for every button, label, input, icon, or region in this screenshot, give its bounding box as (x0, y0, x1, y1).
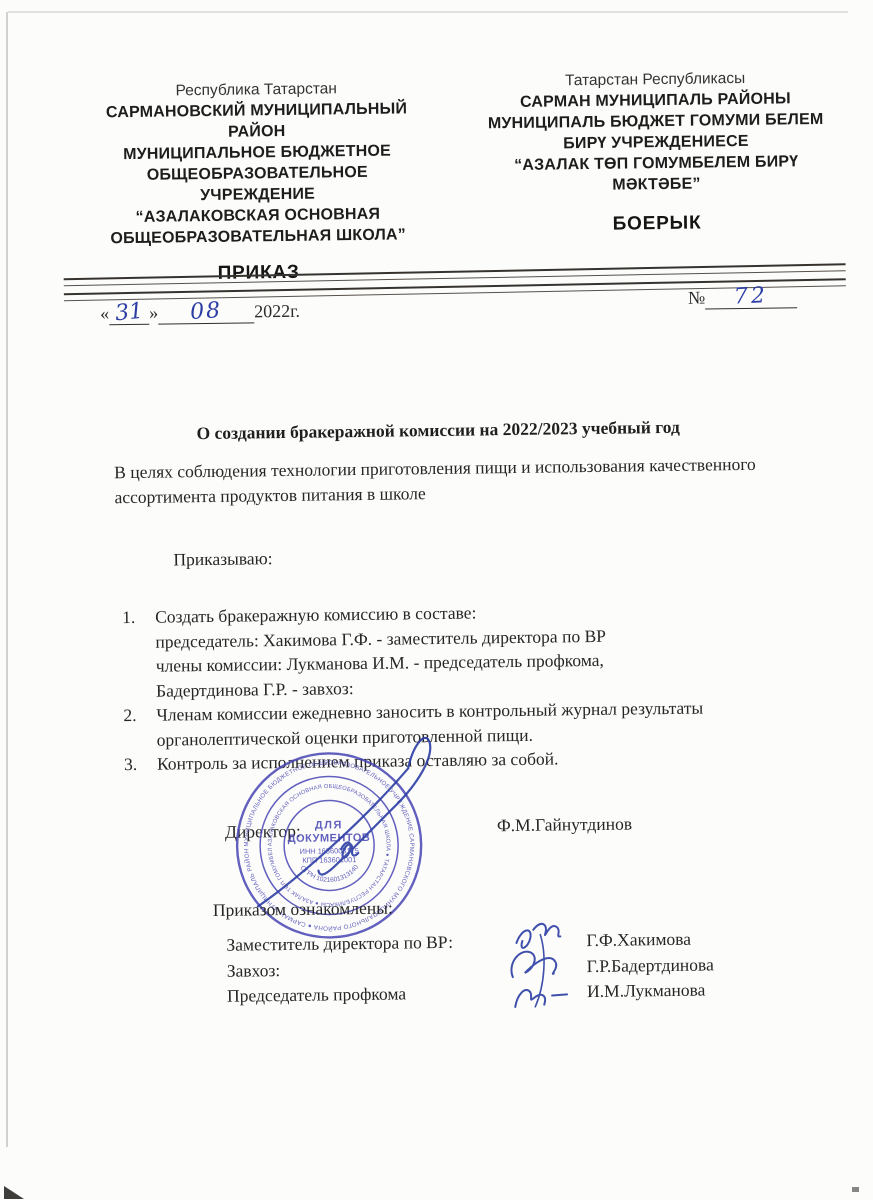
handwritten-number: 72 (734, 289, 769, 305)
item-number: 2. (123, 703, 157, 752)
signatories-signatures (502, 912, 618, 1018)
header-right-block: Татарстан Республикасы САРМАН МУНИЦИПАЛЬ… (459, 68, 853, 238)
signatories-block: Заместитель директора по ВР: Г.Ф.Хакимов… (226, 926, 714, 1009)
doc-type-boeryk: БОЕРЫК (461, 211, 853, 238)
handwritten-month: 08 (190, 304, 223, 320)
item-number: 3. (124, 752, 157, 777)
header-left-block: Республика Татарстан САРМАНОВСКИЙ МУНИЦИ… (55, 78, 460, 287)
quote-close: » (149, 303, 158, 323)
signatory-role: Завхоз: (227, 954, 527, 983)
year-label: 2022г. (254, 301, 300, 322)
intro-paragraph: В целях соблюдения технологии приготовле… (114, 451, 807, 510)
number-sign: № (688, 287, 705, 307)
signatory-role: Председатель профкома (227, 980, 527, 1009)
handwritten-day: 31 (115, 305, 144, 322)
director-signature (236, 728, 444, 926)
order-title: О создании бракеражной комиссии на 2022/… (2, 414, 873, 446)
scan-edge-artifact (6, 12, 8, 1147)
order-list: 1. Создать бракеражную комиссию в состав… (122, 596, 830, 777)
acknowledged-label: Приказом ознакомлены: (213, 898, 393, 921)
order-verb: Приказываю: (173, 548, 272, 570)
scan-dot-artifact (852, 1187, 859, 1192)
scan-edge-artifact (8, 11, 848, 13)
org-name-line: ОБЩЕОБРАЗОВАТЕЛЬНАЯ ШКОЛА” (57, 224, 459, 250)
scanned-order-document: Республика Татарстан САРМАНОВСКИЙ МУНИЦИ… (0, 0, 873, 1200)
list-item: 1. Создать бракеражную комиссию в состав… (122, 596, 829, 703)
signatory-row: Председатель профкома И.М.Лукманова (227, 977, 714, 1009)
order-number: №72 (688, 286, 797, 309)
date-line: «31»082022г. (100, 301, 300, 326)
signatory-role: Заместитель директора по ВР: (226, 929, 526, 958)
director-name: Ф.М.Гайнутдинов (497, 813, 632, 836)
quote-open: « (100, 303, 109, 323)
item-number: 1. (122, 605, 156, 703)
scan-corner-artifact (4, 1186, 24, 1199)
